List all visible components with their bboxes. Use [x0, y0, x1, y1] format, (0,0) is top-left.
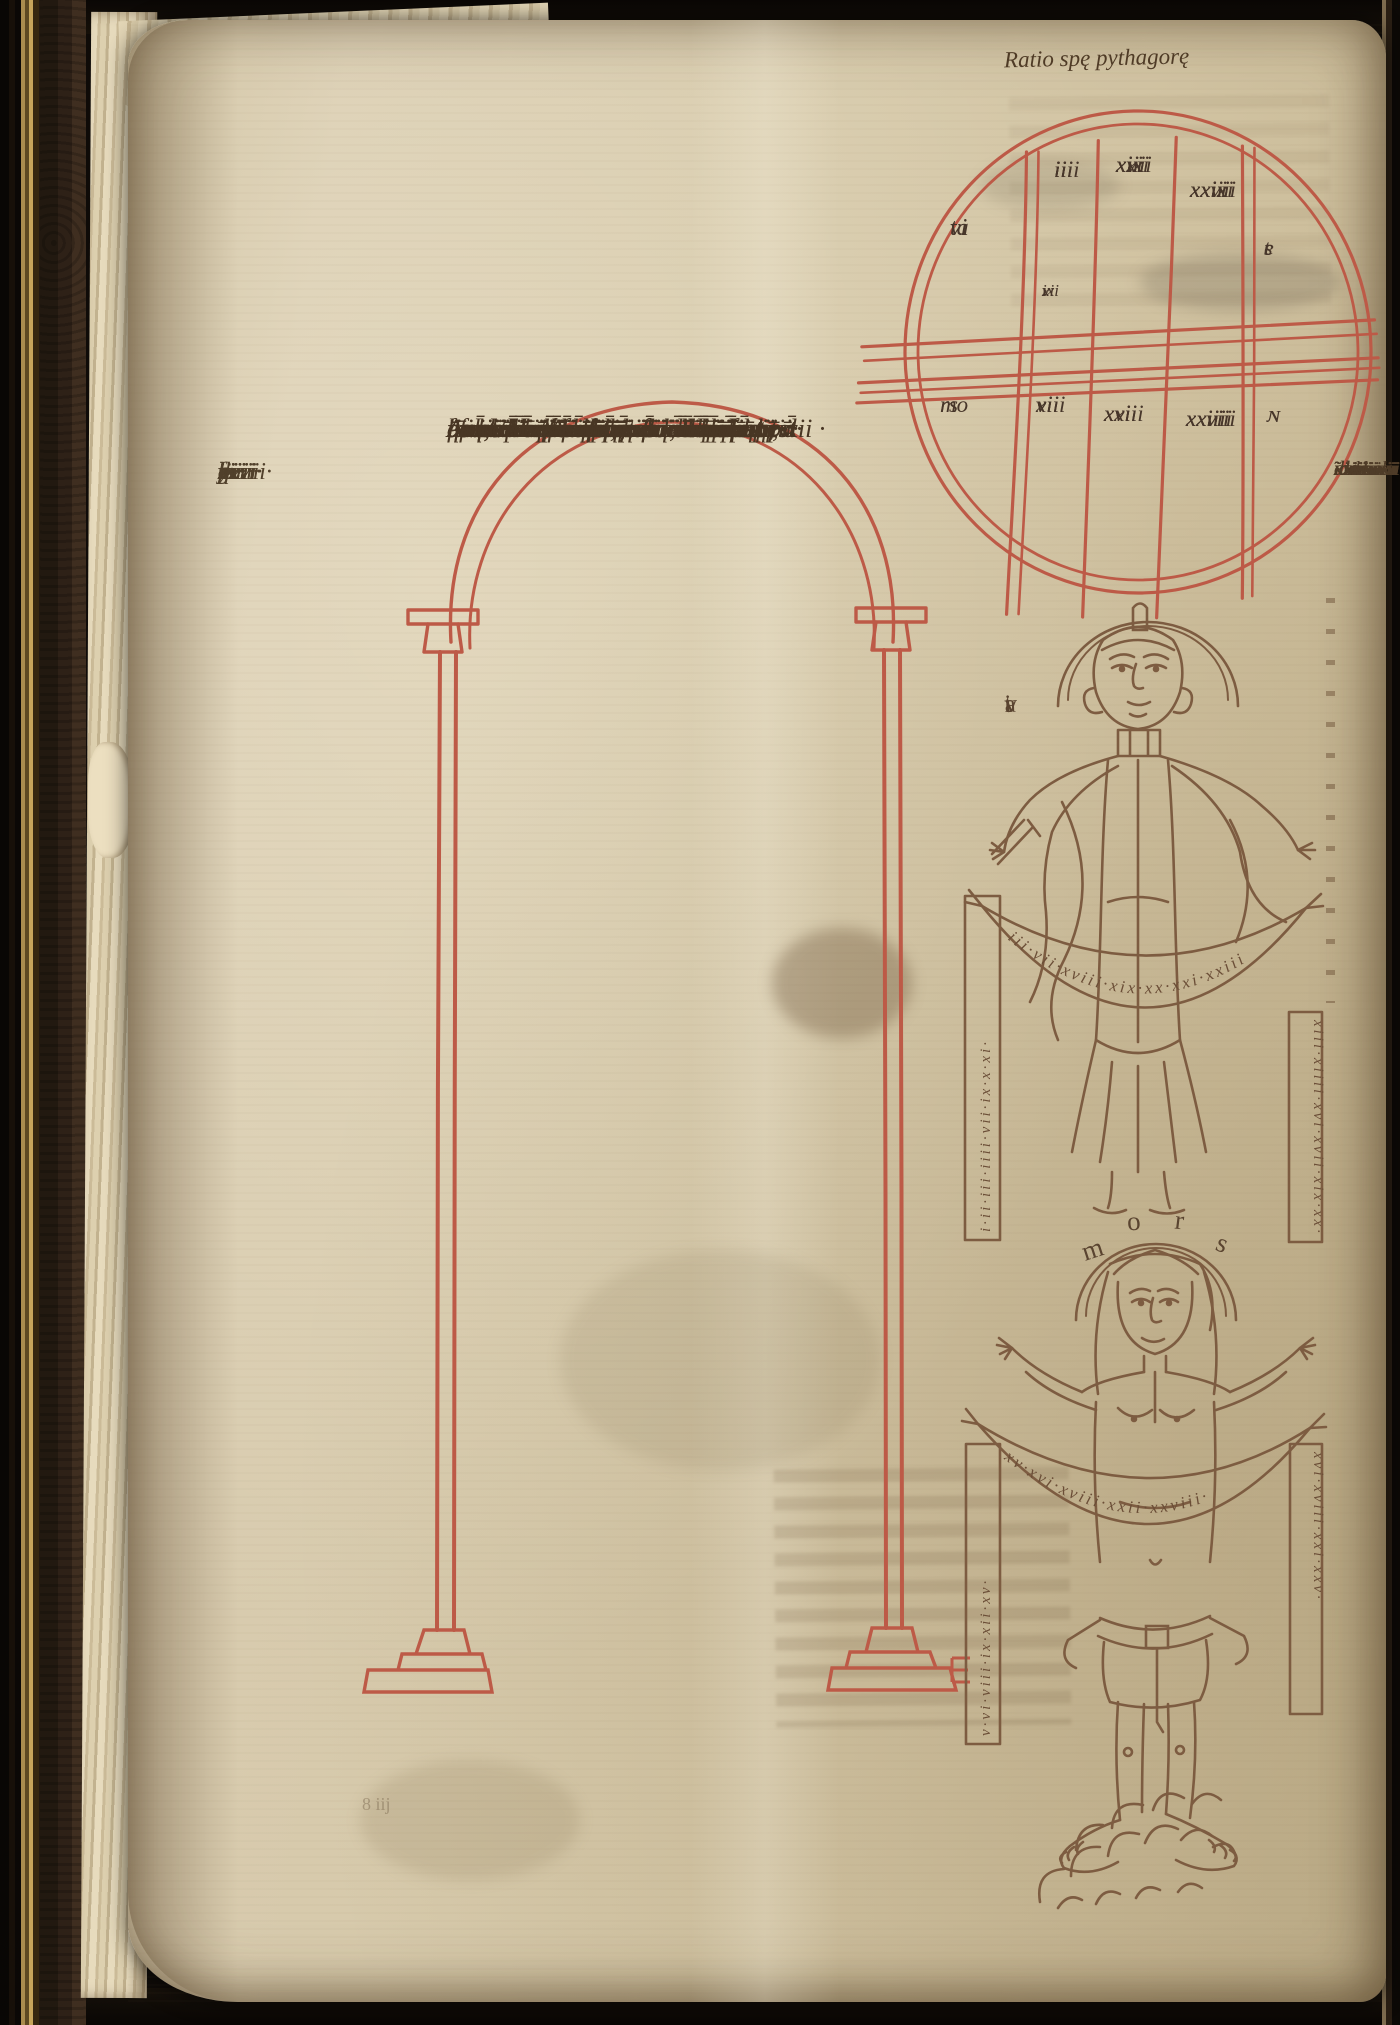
sphere-label-part: rs — [940, 390, 958, 420]
vita-left-strip-text: i·ii·iii·iiii·vii·ix·x·xi· — [978, 1039, 994, 1232]
vita-figure — [965, 604, 1323, 1243]
sphere-numeral: xxii — [1104, 395, 1137, 432]
sphere-label-part: t — [1264, 234, 1270, 261]
mors-figure — [962, 1244, 1326, 1908]
sphere-label-part: ta — [950, 210, 969, 246]
manuscript-drawings: iii·vii·xviii·xix·xx·xxi·xxiii xv·xvi·xv… — [0, 0, 1400, 2025]
mors-letter-o: o — [1126, 1206, 1142, 1238]
sphere-numeral: xx — [1116, 150, 1136, 180]
manuscript-photo: iii·vii·xviii·xix·xx·xxi·xxiii xv·xvi·xv… — [0, 0, 1400, 2025]
vita-right-strip-text: xiii·xiiii·xvi·xvii·xix·xx· — [1310, 1019, 1326, 1236]
vita-letter: a — [1004, 686, 1016, 723]
sphere-of-pythagoras-grid — [852, 107, 1384, 623]
sphere-numeral: xii — [1036, 390, 1059, 420]
svg-text:xv·xvi·xviii·xxii·xxviii·: xv·xvi·xviii·xxii·xxviii· — [1000, 1446, 1212, 1517]
mors-crescent-text: xv·xvi·xviii·xxii·xxviii· — [1000, 1446, 1212, 1517]
key-value: ii· — [218, 458, 237, 487]
red-arch — [364, 402, 956, 1692]
vita-crescent-text: iii·vii·xviii·xix·xx·xxi·xxiii — [1005, 927, 1250, 997]
banner-inscriptions: iii·vii·xviii·xix·xx·xxi·xxiii xv·xvi·xv… — [978, 927, 1326, 1736]
svg-text:iii·vii·xviii·xix·xx·xxi·xxiii: iii·vii·xviii·xix·xx·xxi·xxiii — [1005, 927, 1250, 997]
faint-quire-mark: 8 iij — [362, 1794, 391, 1815]
sphere-numeral: x — [1042, 282, 1050, 300]
computus-text-line: fiunt dies·ccc lxxx iiii — [447, 410, 680, 447]
mors-right-strip-text: xvi·xviii·xxi·xxv· — [1310, 1451, 1326, 1602]
sphere-label-n: ɴ — [1268, 400, 1280, 431]
margin-numeral: xxx — [1334, 452, 1361, 487]
sphere-numeral: xxix — [1190, 174, 1227, 205]
sphere-numeral: iiii — [1054, 152, 1080, 187]
sphere-numeral: xxviii — [1186, 404, 1236, 434]
mors-left-strip-text: v·vi·viii·ix·xii·xv· — [978, 1578, 994, 1736]
